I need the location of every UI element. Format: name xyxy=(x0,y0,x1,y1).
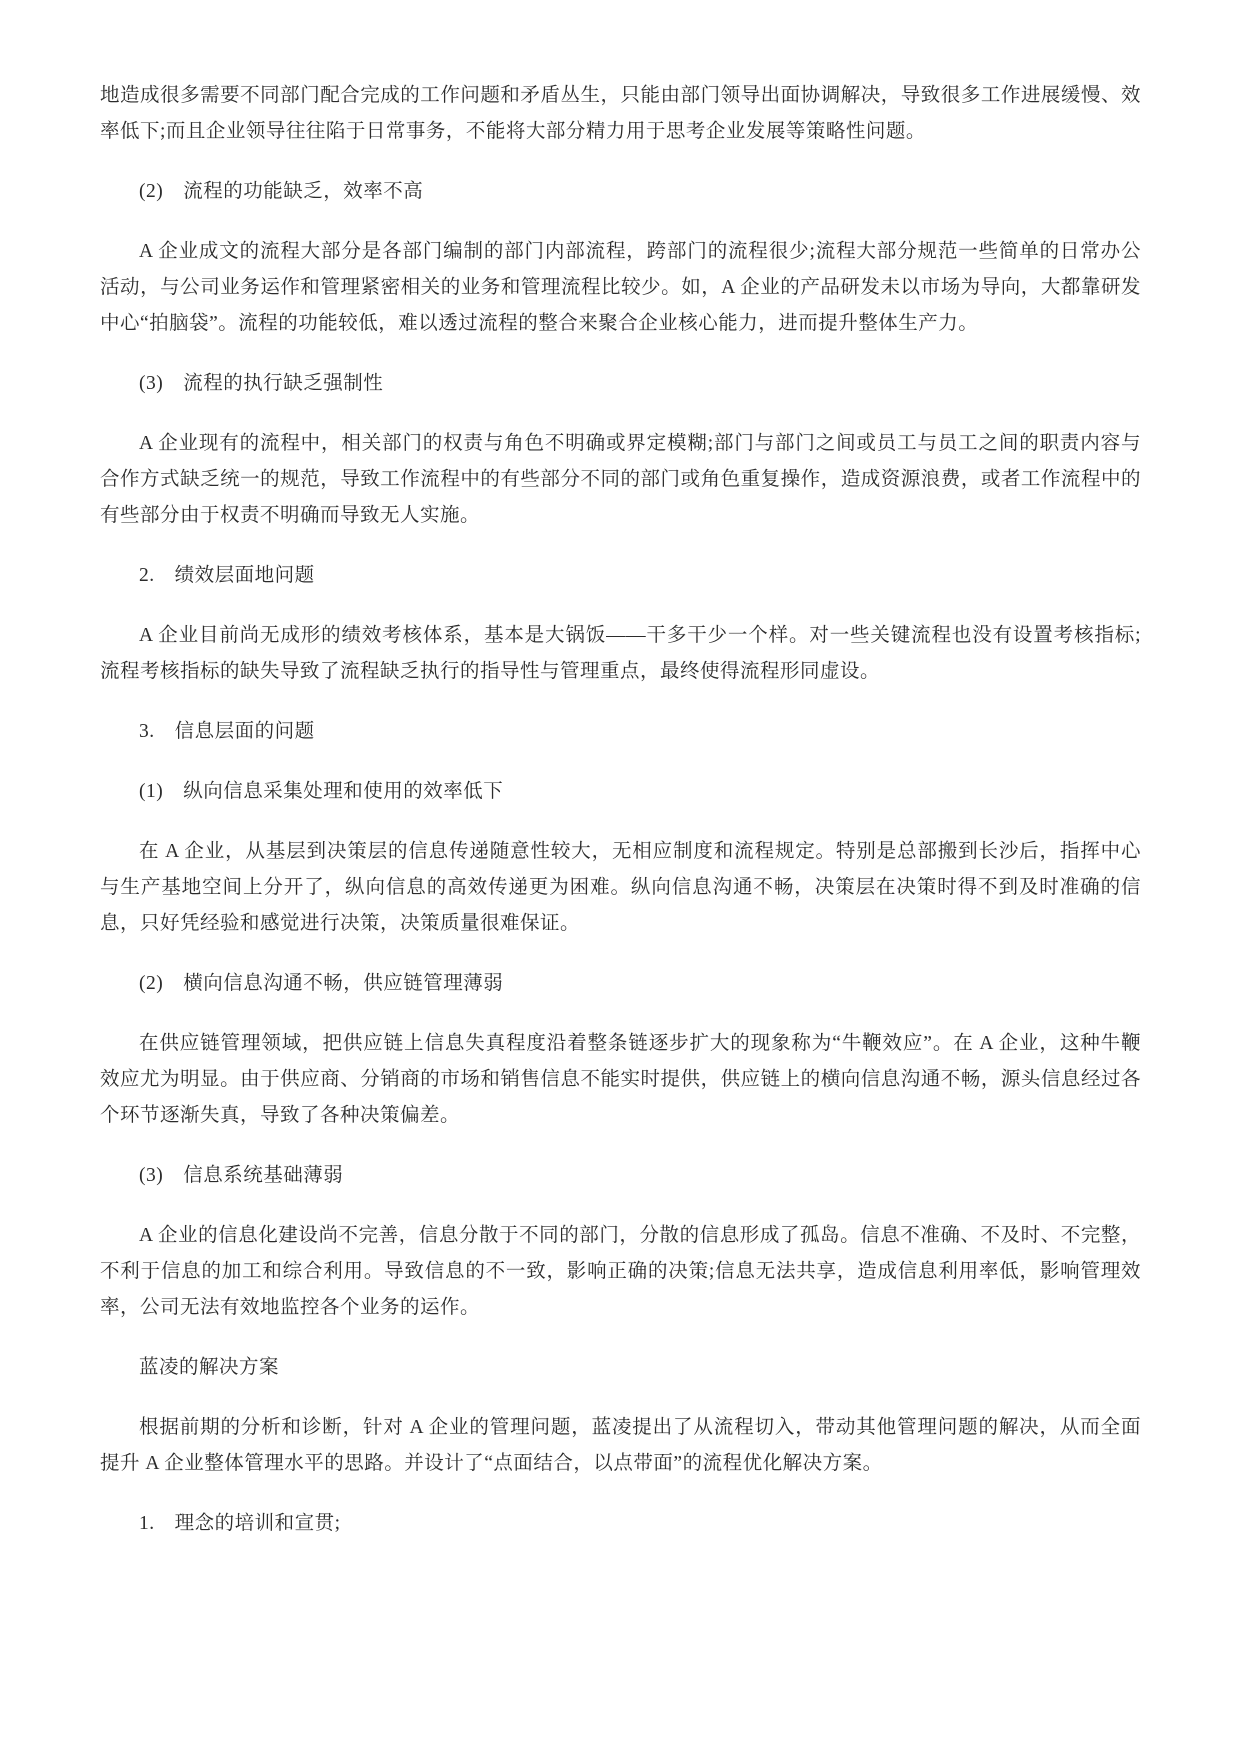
section-heading-concept-training: 1. 理念的培训和宣贯; xyxy=(100,1506,1141,1542)
section-heading-performance-problems: 2. 绩效层面地问题 xyxy=(100,558,1141,594)
paragraph-continuation: 地造成很多需要不同部门配合完成的工作问题和矛盾丛生，只能由部门领导出面协调解决，… xyxy=(100,78,1141,150)
section-heading-horizontal-information: (2) 横向信息沟通不畅，供应链管理薄弱 xyxy=(100,966,1141,1002)
section-heading-information-problems: 3. 信息层面的问题 xyxy=(100,714,1141,750)
document-page: 地造成很多需要不同部门配合完成的工作问题和矛盾丛生，只能由部门领导出面协调解决，… xyxy=(0,0,1241,1754)
paragraph: A 企业成文的流程大部分是各部门编制的部门内部流程，跨部门的流程很少;流程大部分… xyxy=(100,234,1141,342)
paragraph: A 企业现有的流程中，相关部门的权责与角色不明确或界定模糊;部门与部门之间或员工… xyxy=(100,426,1141,534)
paragraph: A 企业目前尚无成形的绩效考核体系，基本是大锅饭——干多干少一个样。对一些关键流… xyxy=(100,618,1141,690)
paragraph: A 企业的信息化建设尚不完善，信息分散于不同的部门，分散的信息形成了孤岛。信息不… xyxy=(100,1218,1141,1326)
paragraph: 在供应链管理领域，把供应链上信息失真程度沿着整条链逐步扩大的现象称为“牛鞭效应”… xyxy=(100,1026,1141,1134)
section-heading-process-function: (2) 流程的功能缺乏，效率不高 xyxy=(100,174,1141,210)
section-heading-lanling-solution: 蓝凌的解决方案 xyxy=(100,1350,1141,1386)
section-heading-process-enforcement: (3) 流程的执行缺乏强制性 xyxy=(100,366,1141,402)
section-heading-information-system: (3) 信息系统基础薄弱 xyxy=(100,1158,1141,1194)
section-heading-vertical-information: (1) 纵向信息采集处理和使用的效率低下 xyxy=(100,774,1141,810)
paragraph: 根据前期的分析和诊断，针对 A 企业的管理问题，蓝凌提出了从流程切入，带动其他管… xyxy=(100,1410,1141,1482)
paragraph: 在 A 企业，从基层到决策层的信息传递随意性较大，无相应制度和流程规定。特别是总… xyxy=(100,834,1141,942)
